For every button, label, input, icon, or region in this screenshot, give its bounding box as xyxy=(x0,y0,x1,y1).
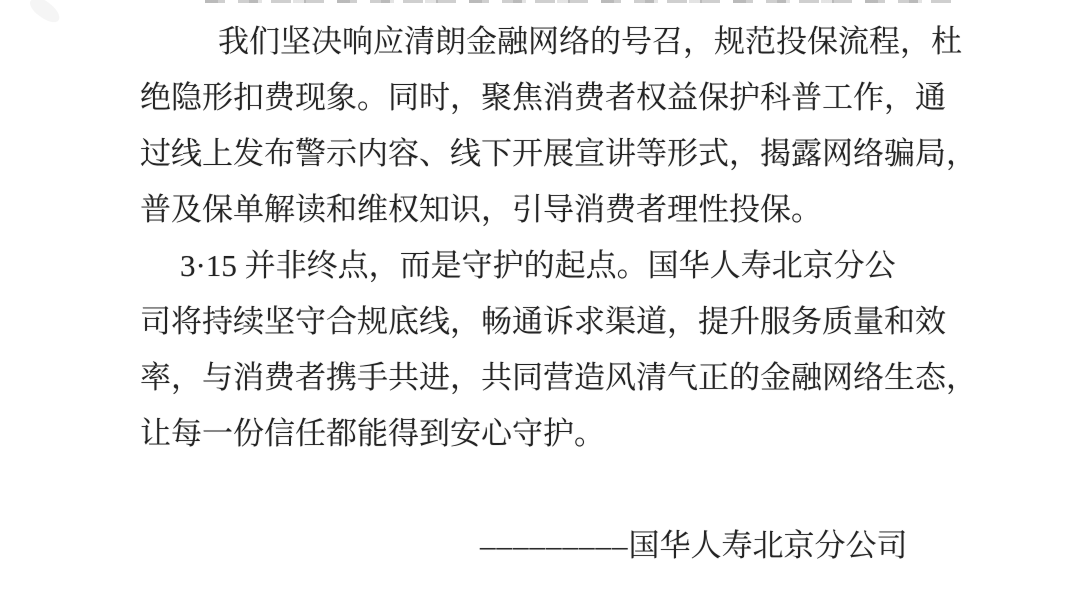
blank-line xyxy=(140,462,990,518)
body-line: 让每一份信任都能得到安心守护。 xyxy=(140,406,990,462)
cropped-line-fragment xyxy=(205,0,953,3)
signature-line: –––––––––国华人寿北京分公司 xyxy=(480,518,990,574)
document-body: 我们坚决响应清朗金融网络的号召，规范投保流程，杜 绝隐形扣费现象。同时，聚焦消费… xyxy=(140,14,990,574)
corner-smudge xyxy=(26,0,63,26)
body-line: 过线上发布警示内容、线下开展宣讲等形式，揭露网络骗局， xyxy=(140,126,990,182)
document-page: 我们坚决响应清朗金融网络的号召，规范投保流程，杜 绝隐形扣费现象。同时，聚焦消费… xyxy=(0,0,1080,607)
signature-company-name: 国华人寿北京分公司 xyxy=(629,528,908,563)
paragraph-2: 3·15 并非终点，而是守护的起点。国华人寿北京分公 司将持续坚守合规底线，畅通… xyxy=(140,238,990,462)
signature-dashes: ––––––––– xyxy=(480,528,629,563)
body-line: 普及保单解读和维权知识，引导消费者理性投保。 xyxy=(140,182,990,238)
body-line: 率，与消费者携手共进，共同营造风清气正的金融网络生态， xyxy=(140,350,990,406)
body-line: 绝隐形扣费现象。同时，聚焦消费者权益保护科普工作，通 xyxy=(140,70,990,126)
paragraph-1: 我们坚决响应清朗金融网络的号召，规范投保流程，杜 绝隐形扣费现象。同时，聚焦消费… xyxy=(140,14,990,238)
body-line: 3·15 并非终点，而是守护的起点。国华人寿北京分公 xyxy=(140,238,990,294)
body-line: 司将持续坚守合规底线，畅通诉求渠道，提升服务质量和效 xyxy=(140,294,990,350)
body-line: 我们坚决响应清朗金融网络的号召，规范投保流程，杜 xyxy=(140,14,990,70)
